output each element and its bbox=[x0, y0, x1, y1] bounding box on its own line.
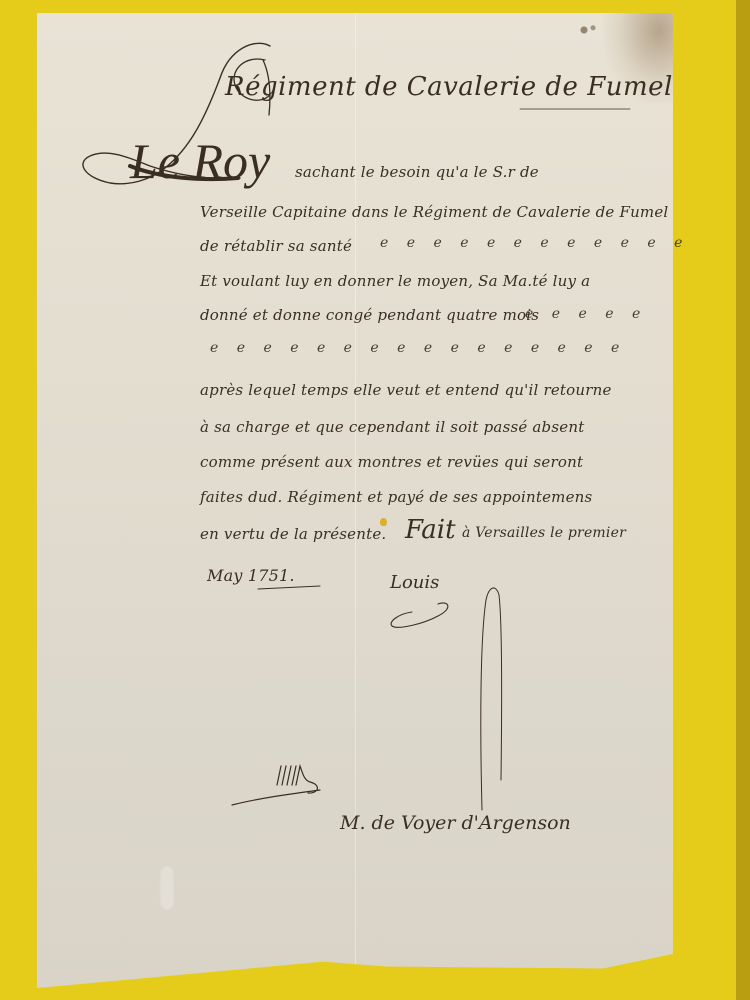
text-line-3: de rétablir sa santé bbox=[200, 237, 352, 255]
text-line-7: après lequel temps elle veut et entend q… bbox=[200, 381, 612, 399]
signature-louis-flourish bbox=[388, 598, 458, 638]
opening-le-roy: Le Roy bbox=[130, 132, 270, 190]
text-line-5: donné et donne congé pendant quatre mois bbox=[200, 306, 539, 324]
signature-king-louis: Louis bbox=[390, 572, 439, 593]
text-line-1: sachant le besoin qu'a le S.r de bbox=[295, 163, 539, 181]
filler-marks-5: e e e e e bbox=[525, 306, 647, 322]
text-line-11: en vertu de la présente. bbox=[200, 525, 386, 543]
paraph-stroke bbox=[478, 580, 508, 820]
closing-fait: Fait bbox=[405, 515, 456, 545]
date-underline bbox=[258, 585, 328, 591]
regiment-heading: Régiment de Cavalerie de Fumel bbox=[225, 72, 673, 102]
text-line-10: faites dud. Régiment et payé de ses appo… bbox=[200, 488, 592, 506]
document-date: May 1751. bbox=[207, 566, 295, 585]
signature-secretary: M. de Voyer d'Argenson bbox=[340, 812, 571, 834]
filler-marks-6: e e e e e e e e e e e e e e e e bbox=[210, 340, 626, 356]
initials-mm bbox=[230, 760, 340, 810]
text-line-8: à sa charge et que cependant il soit pas… bbox=[200, 418, 584, 436]
heading-underline bbox=[520, 106, 640, 112]
ink-spots bbox=[572, 19, 602, 41]
closing-place: à Versailles le premier bbox=[462, 525, 626, 541]
backdrop-edge bbox=[736, 0, 750, 1000]
text-line-2: Verseille Capitaine dans le Régiment de … bbox=[200, 203, 668, 221]
paper-emboss-mark bbox=[159, 865, 175, 911]
text-line-9: comme présent aux montres et revües qui … bbox=[200, 453, 583, 471]
text-line-4: Et voulant luy en donner le moyen, Sa Ma… bbox=[200, 272, 590, 290]
filler-marks-3: e e e e e e e e e e e e bbox=[380, 235, 689, 251]
